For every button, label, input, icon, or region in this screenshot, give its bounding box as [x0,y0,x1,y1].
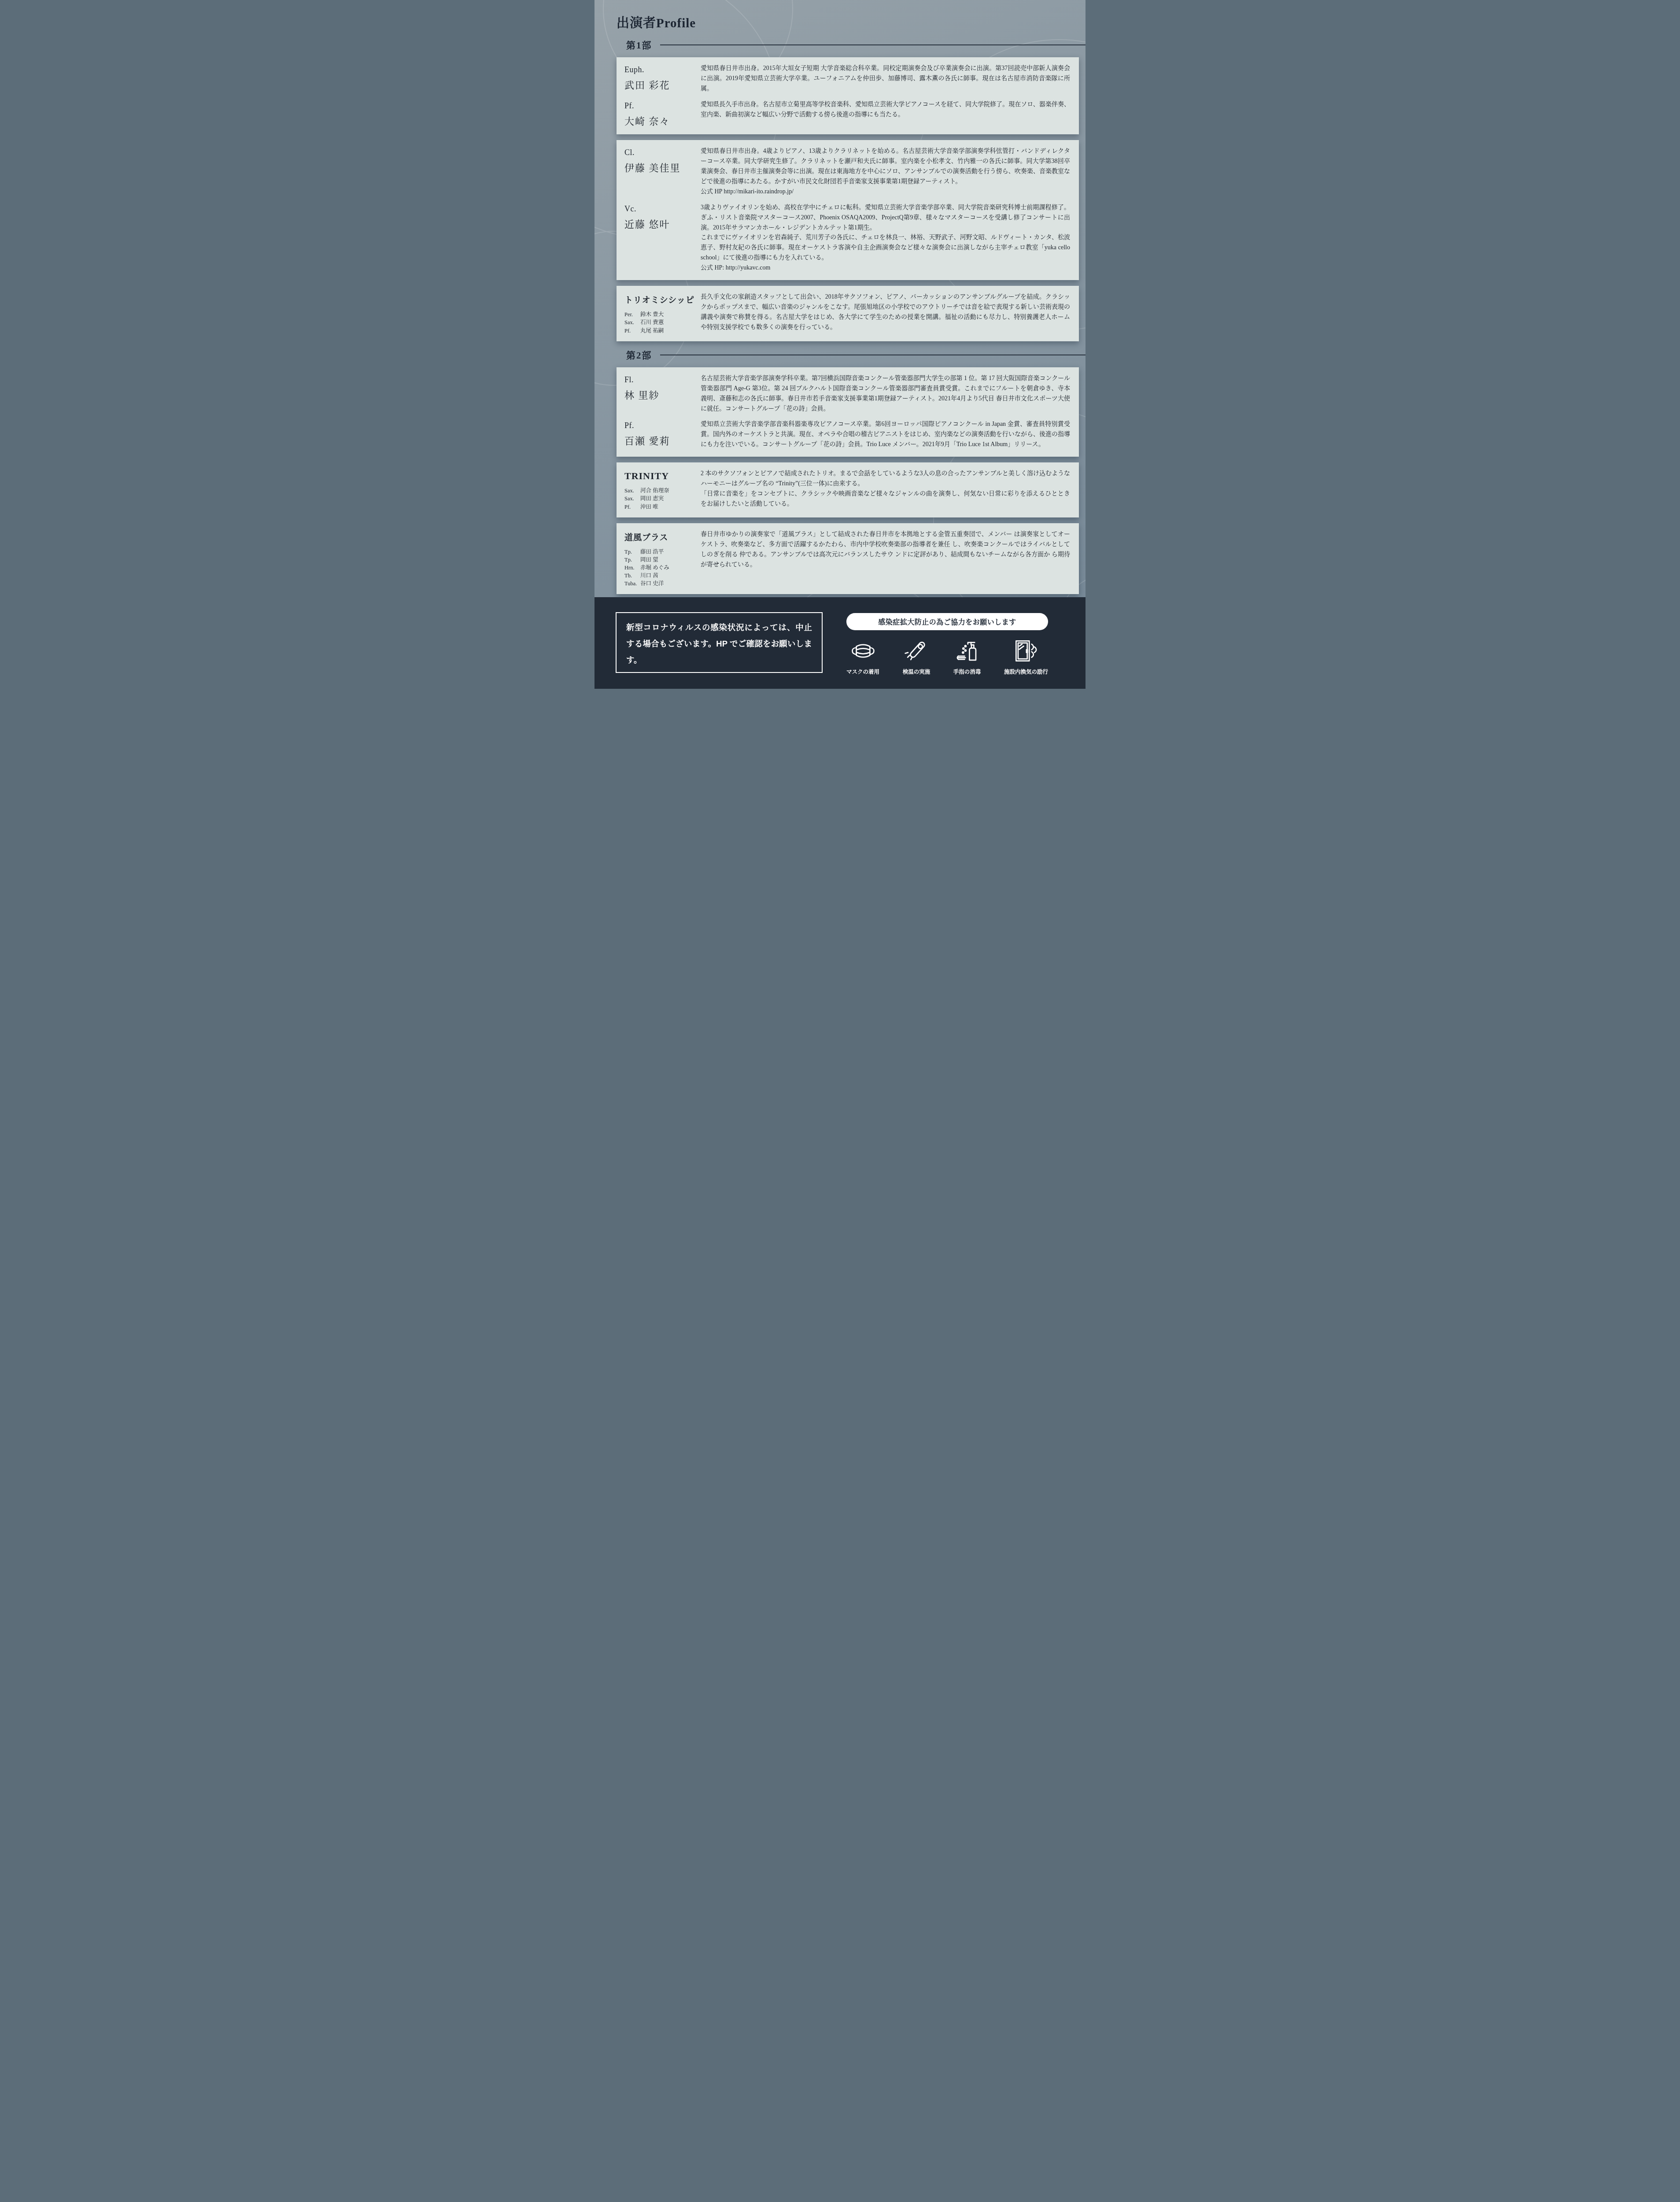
profile-panel-trinity: TRINITY Sax.河合 佑理奈 Sax.岡田 恵実 Pf.沖田 唯 2 本… [617,462,1079,517]
performer-bio: 3歳よりヴァイオリンを始め、高校在学中にチェロに転科。愛知県立芸術大学音楽学部卒… [701,203,1070,274]
member-name: 丸尾 祐嗣 [640,328,664,334]
group-member: Sax.石川 貴憲 [624,318,701,326]
group-name: TRINITY [624,470,701,482]
profile-entry-takeda: Euph. 武田 彩花 愛知県春日井市出身。2015年大垣女子短期 大学音楽総合… [624,64,1070,94]
group-member: Tuba.谷口 史洋 [624,580,701,587]
group-entry-trio-mississippi: トリオミシシッピ Per.鈴木 豊大 Sax.石川 貴憲 Pf.丸尾 祐嗣 長久… [624,292,1070,334]
performer-id: Cl. 伊藤 美佳里 [624,147,701,197]
member-role: Per. [624,310,640,318]
member-name: 川口 茜 [640,573,658,579]
member-name: 沖田 唯 [640,504,658,510]
member-role: Tp. [624,548,640,556]
group-member: Sax.河合 佑理奈 [624,487,701,495]
infection-prevention-block: 感染症拡大防止の為ご協力をお願いします マスクの着用 [846,613,1048,689]
member-name: 河合 佑理奈 [640,488,669,494]
measure-ventilation: 施設内換気の励行 [1004,638,1048,676]
performer-name: 大崎 奈々 [624,114,701,128]
performer-id: Vc. 近藤 悠叶 [624,203,701,274]
performer-id: Pf. 大崎 奈々 [624,100,701,128]
performer-bio: 愛知県長久手市出身。名古屋市立菊里高等学校音楽科、愛知県立芸術大学ピアノコースを… [701,100,1070,128]
group-member: Tp.岡田 望 [624,556,701,564]
member-role: Sax. [624,487,640,495]
group-member: Sax.岡田 恵実 [624,495,701,502]
profile-entry-hayashi: Fl. 林 里紗 名古屋芸術大学音楽学部演奏学科卒業。第7回横浜国際音楽コンクー… [624,374,1070,414]
instrument-role: Pf. [624,101,701,111]
group-id: トリオミシシッピ Per.鈴木 豊大 Sax.石川 貴憲 Pf.丸尾 祐嗣 [624,292,701,334]
group-member: Per.鈴木 豊大 [624,310,701,318]
bio-paragraph: 名古屋芸術大学音楽学部演奏学科卒業。第7回横浜国際音楽コンクール管楽器部門大学生… [701,374,1070,414]
bio-paragraph: 愛知県春日井市出身。2015年大垣女子短期 大学音楽総合科卒業。同校定期演奏会及… [701,64,1070,94]
member-name: 谷口 史洋 [640,580,664,587]
member-role: Pf. [624,327,640,335]
group-members: Tp.藤田 浩平 Tp.岡田 望 Hrn.赤堀 めぐみ Tb.川口 茜 Tuba… [624,548,701,588]
member-name: 岡田 望 [640,557,658,563]
group-bio: 2 本のサクソフォンとピアノで結成されたトリオ。まるで会話をしているような3人の… [701,469,1070,510]
member-name: 赤堀 めぐみ [640,565,669,571]
group-member: Hrn.赤堀 めぐみ [624,564,701,572]
sanitizer-icon [954,638,980,664]
group-entry-tofu-brass: 道風ブラス Tp.藤田 浩平 Tp.岡田 望 Hrn.赤堀 めぐみ Tb.川口 … [624,530,1070,588]
member-role: Sax. [624,495,640,502]
member-role: Tb. [624,572,640,580]
instrument-role: Vc. [624,204,701,214]
prevention-measures: マスクの着用 検温の実施 [846,638,1048,676]
member-name: 鈴木 豊大 [640,311,664,318]
bio-paragraph: 「日常に音楽を」をコンセプトに、クラシックや映画音楽など様々なジャンルの曲を演奏… [701,489,1070,510]
measure-label: 手指の消毒 [953,668,981,676]
performer-id: Euph. 武田 彩花 [624,64,701,94]
profile-panel-tofu-brass: 道風ブラス Tp.藤田 浩平 Tp.岡田 望 Hrn.赤堀 めぐみ Tb.川口 … [617,523,1079,595]
covid-footer: 新型コロナウィルスの感染状況によっては、中止する場合もございます。HP でご確認… [594,597,1086,689]
group-member: Pf.丸尾 祐嗣 [624,327,701,335]
section-heading-part1: 第1部 [626,38,1086,52]
group-members: Per.鈴木 豊大 Sax.石川 貴憲 Pf.丸尾 祐嗣 [624,310,701,334]
member-role: Pf. [624,503,640,511]
performer-id: Fl. 林 里紗 [624,374,701,414]
profile-panel-fl-pf: Fl. 林 里紗 名古屋芸術大学音楽学部演奏学科卒業。第7回横浜国際音楽コンクー… [617,367,1079,457]
part2-rule-line [660,355,1086,355]
profile-panel-cl-vc: Cl. 伊藤 美佳里 愛知県春日井市出身。4歳よりピアノ、13歳よりクラリネット… [617,140,1079,280]
group-name: 道風ブラス [624,531,701,543]
member-name: 藤田 浩平 [640,549,664,555]
bio-paragraph: 愛知県長久手市出身。名古屋市立菊里高等学校音楽科、愛知県立芸術大学ピアノコースを… [701,100,1070,120]
bio-paragraph: 愛知県立芸術大学音楽学部音楽科器楽専攻ピアノコース卒業。第6回ヨーロッパ国際ピア… [701,420,1070,450]
measure-label: 施設内換気の励行 [1004,668,1048,676]
part1-rule-line [660,44,1086,45]
poster-content: 出演者Profile 第1部 Euph. 武田 彩花 愛知県春日井市出身。201… [594,0,1086,597]
cancellation-notice: 新型コロナウィルスの感染状況によっては、中止する場合もございます。HP でご確認… [616,612,823,673]
performer-bio: 名古屋芸術大学音楽学部演奏学科卒業。第7回横浜国際音楽コンクール管楽器部門大学生… [701,374,1070,414]
mask-icon [850,638,876,664]
part1-label: 第1部 [626,38,652,52]
measure-label: マスクの着用 [846,668,879,676]
bio-paragraph: 3歳よりヴァイオリンを始め、高校在学中にチェロに転科。愛知県立芸術大学音楽学部卒… [701,203,1070,233]
member-role: Tuba. [624,580,640,587]
bio-paragraph: 長久手文化の家創造スタッフとして出会い、2018年サクソフォン、ピアノ、パーカッ… [701,292,1070,333]
group-bio: 長久手文化の家創造スタッフとして出会い、2018年サクソフォン、ピアノ、パーカッ… [701,292,1070,334]
profile-entry-ito: Cl. 伊藤 美佳里 愛知県春日井市出身。4歳よりピアノ、13歳よりクラリネット… [624,147,1070,197]
performer-name: 武田 彩花 [624,78,701,92]
performer-name: 伊藤 美佳里 [624,161,701,174]
member-name: 石川 貴憲 [640,319,664,325]
performer-name: 近藤 悠叶 [624,217,701,231]
group-name: トリオミシシッピ [624,294,701,306]
member-name: 岡田 恵実 [640,495,664,502]
section-heading-part2: 第2部 [626,348,1086,362]
official-site-text: 公式 HP http://mikari-ito.raindrop.jp/ [701,187,1070,197]
group-members: Sax.河合 佑理奈 Sax.岡田 恵実 Pf.沖田 唯 [624,487,701,510]
group-member: Pf.沖田 唯 [624,503,701,511]
page-title: 出演者Profile [617,13,1086,31]
group-member: Tb.川口 茜 [624,572,701,580]
performer-id: Pf. 百瀬 愛莉 [624,420,701,450]
bio-paragraph: これまでにヴァイオリンを岩森純子、荒川芳子の各氏に、チェロを林良一、林裕、天野武… [701,233,1070,263]
group-bio: 春日井市ゆかりの演奏家で「道風ブラス」として結成された春日井市を本拠地とする金管… [701,530,1070,588]
prevention-banner: 感染症拡大防止の為ご協力をお願いします [846,613,1048,630]
profile-panel-euph-pf: Euph. 武田 彩花 愛知県春日井市出身。2015年大垣女子短期 大学音楽総合… [617,57,1079,134]
thermometer-icon [904,638,929,664]
member-role: Hrn. [624,564,640,572]
member-role: Tp. [624,556,640,564]
member-role: Sax. [624,318,640,326]
instrument-role: Euph. [624,65,701,74]
group-member: Tp.藤田 浩平 [624,548,701,556]
group-id: TRINITY Sax.河合 佑理奈 Sax.岡田 恵実 Pf.沖田 唯 [624,469,701,510]
profile-entry-kondo: Vc. 近藤 悠叶 3歳よりヴァイオリンを始め、高校在学中にチェロに転科。愛知県… [624,203,1070,274]
instrument-role: Pf. [624,421,701,430]
measure-temperature: 検温の実施 [903,638,930,676]
performer-name: 百瀬 愛莉 [624,434,701,447]
group-entry-trinity: TRINITY Sax.河合 佑理奈 Sax.岡田 恵実 Pf.沖田 唯 2 本… [624,469,1070,510]
group-id: 道風ブラス Tp.藤田 浩平 Tp.岡田 望 Hrn.赤堀 めぐみ Tb.川口 … [624,530,701,588]
bio-paragraph: 愛知県春日井市出身。4歳よりピアノ、13歳よりクラリネットを始める。名古屋芸術大… [701,147,1070,187]
measure-sanitize: 手指の消毒 [953,638,981,676]
profile-entry-osaki: Pf. 大崎 奈々 愛知県長久手市出身。名古屋市立菊里高等学校音楽科、愛知県立芸… [624,100,1070,128]
performer-bio: 愛知県春日井市出身。2015年大垣女子短期 大学音楽総合科卒業。同校定期演奏会及… [701,64,1070,94]
official-site-text: 公式 HP: http://yukavc.com [701,263,1070,273]
instrument-role: Fl. [624,375,701,384]
measure-mask: マスクの着用 [846,638,879,676]
profile-entry-momose: Pf. 百瀬 愛莉 愛知県立芸術大学音楽学部音楽科器楽専攻ピアノコース卒業。第6… [624,420,1070,450]
performer-bio: 愛知県春日井市出身。4歳よりピアノ、13歳よりクラリネットを始める。名古屋芸術大… [701,147,1070,197]
performer-bio: 愛知県立芸術大学音楽学部音楽科器楽専攻ピアノコース卒業。第6回ヨーロッパ国際ピア… [701,420,1070,450]
measure-label: 検温の実施 [903,668,930,676]
bio-paragraph: 2 本のサクソフォンとピアノで結成されたトリオ。まるで会話をしているような3人の… [701,469,1070,489]
window-ventilation-icon [1013,638,1039,664]
profile-panel-trio-mississippi: トリオミシシッピ Per.鈴木 豊大 Sax.石川 貴憲 Pf.丸尾 祐嗣 長久… [617,286,1079,341]
bio-paragraph: 春日井市ゆかりの演奏家で「道風ブラス」として結成された春日井市を本拠地とする金管… [701,530,1070,570]
performer-name: 林 里紗 [624,388,701,402]
instrument-role: Cl. [624,148,701,157]
poster-page: 出演者Profile 第1部 Euph. 武田 彩花 愛知県春日井市出身。201… [594,0,1086,689]
part2-label: 第2部 [626,348,652,362]
